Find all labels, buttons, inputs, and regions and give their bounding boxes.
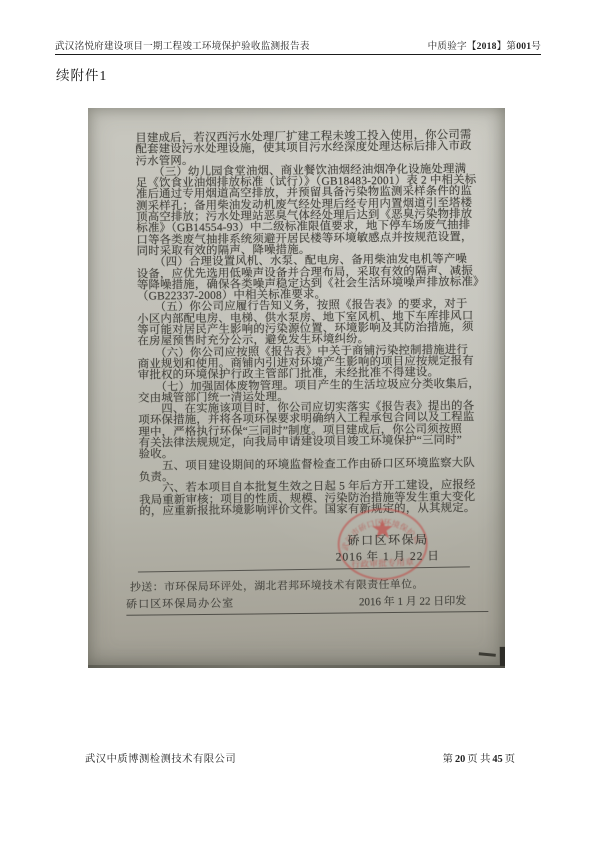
page-footer: 武汉中质博测检测技术有限公司 第20页 共45页 [0,750,595,766]
document-body-text: 目建成后，若汉西污水处理厂扩建工程未竣工投入使用，你公司需 配套建设污水处理设施… [135,130,479,518]
signature-date: 2016 年 1 月 22 日 [336,548,440,565]
photo-artifact-dash [479,652,496,656]
page-indicator: 第20页 共45页 [441,750,517,765]
photo-artifact-corner [500,647,505,666]
issue-row: 硚口区环保局办公室 2016 年 1 月 22 日印发 [126,592,488,616]
scanned-document-photo: 目建成后，若汉西污水处理厂扩建工程未竣工投入使用，你公司需 配套建设污水处理设施… [88,108,505,668]
page-header: 武汉洺悦府建设项目一期工程竣工环境保护验收监测报告表 中质验字【2018】第00… [55,36,541,55]
issue-office: 硚口区环保局办公室 [126,595,234,612]
report-title: 武汉洺悦府建设项目一期工程竣工环境保护验收监测报告表 [55,38,310,52]
scanned-document-content: 目建成后，若汉西污水处理厂扩建工程未竣工投入使用，你公司需 配套建设污水处理设施… [88,108,505,668]
issue-date: 2016 年 1 月 22 日印发 [359,592,466,609]
attachment-label: 续附件1 [56,64,107,84]
doc-number: 中质验字【2018】第001号 [428,38,541,52]
signature-org: 硚口区环保局 [348,531,429,549]
company-name: 武汉中质博测检测技术有限公司 [85,750,236,765]
